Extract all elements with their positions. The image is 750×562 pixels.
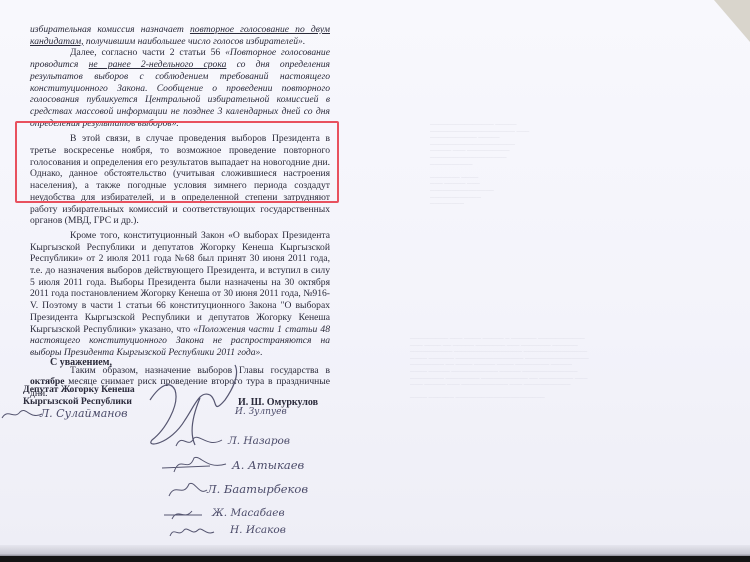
page-bottom-edge bbox=[0, 545, 750, 556]
bleed-through-text: ─────────────── ────────────────────────… bbox=[430, 122, 570, 208]
closing-salutation: С уважением, bbox=[50, 357, 112, 368]
handwritten-signature: Н. Исаков bbox=[230, 524, 286, 536]
text-segment: не ранее 2-недельного срока bbox=[89, 59, 227, 70]
signature-scribble bbox=[168, 522, 218, 540]
signature-scribble bbox=[162, 505, 207, 523]
text-segment: получившим наибольшее число голосов изби… bbox=[83, 36, 305, 47]
handwritten-signature: Ж. Масабаев bbox=[212, 507, 285, 519]
handwritten-signature: Л. Сулайманов bbox=[40, 407, 128, 420]
scanner-border bbox=[0, 556, 750, 562]
page-corner-fold bbox=[714, 0, 750, 42]
handwritten-signature: И. Зулпуев bbox=[235, 407, 287, 417]
text-segment: избирательная комиссия назначает bbox=[30, 24, 190, 35]
paragraph-p1: Далее, согласно части 2 статьи 56 «Повто… bbox=[30, 47, 330, 129]
signature-scribble bbox=[172, 430, 227, 452]
paragraph-p0: избирательная комиссия назначает повторн… bbox=[30, 24, 330, 47]
paragraph-p3: Кроме того, конституционный Закон «О выб… bbox=[30, 230, 330, 359]
handwritten-signature: Л. Назаров bbox=[228, 435, 290, 447]
bleed-through-text: ───────── ─── ──── ───── ─ ────── ──────… bbox=[410, 336, 710, 402]
handwritten-signature: А. Атыкаев bbox=[232, 458, 304, 472]
handwritten-signature: Л. Баатырбеков bbox=[207, 482, 308, 496]
signatory-title-line1: Депутат Жогорку Кенеша bbox=[23, 384, 135, 396]
signature-scribble bbox=[165, 478, 210, 502]
signature-scribble bbox=[160, 452, 232, 476]
scanned-document-page: ─────────────── ────────────────────────… bbox=[0, 0, 750, 556]
document-body: избирательная комиссия назначает повторн… bbox=[30, 24, 330, 400]
text-segment: Далее, согласно части 2 статьи 56 bbox=[70, 47, 225, 58]
signature-scribble bbox=[0, 404, 45, 424]
highlight-box bbox=[15, 121, 339, 203]
text-segment: Кроме того, конституционный Закон «О выб… bbox=[30, 230, 330, 335]
